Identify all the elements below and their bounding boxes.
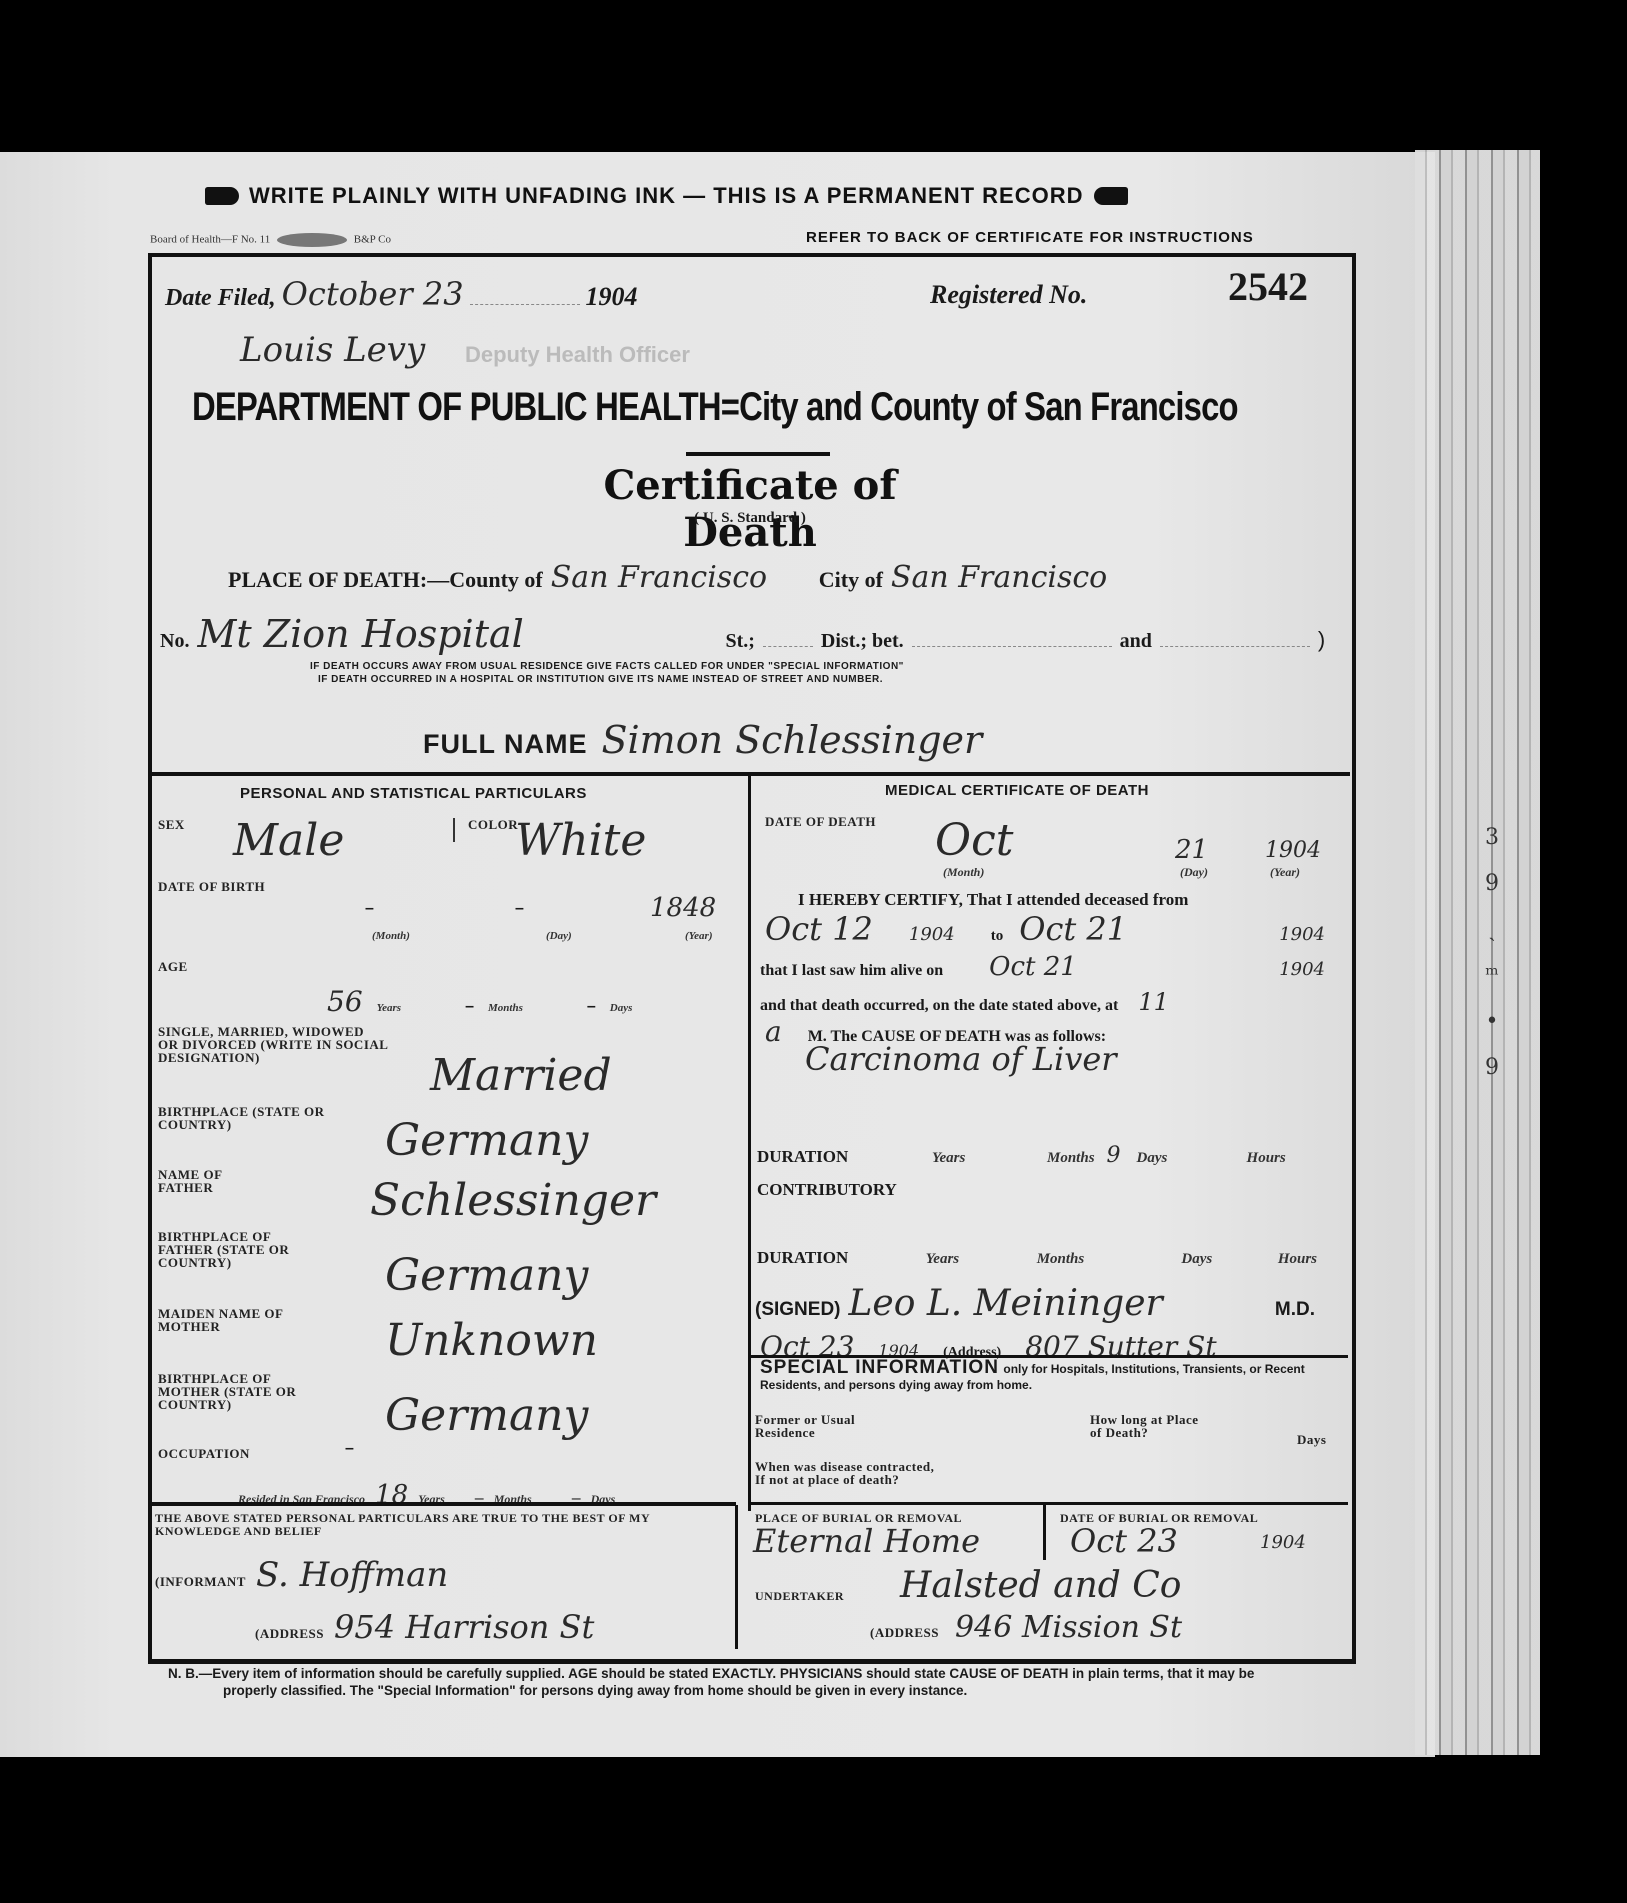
dob-year: 1848 (650, 893, 716, 923)
department-title: DEPARTMENT OF PUBLIC HEALTH=City and Cou… (192, 385, 1238, 430)
marital-value: Married (430, 1050, 612, 1101)
edge-mark: 3 (1482, 815, 1502, 861)
death-hour: 11 (1138, 988, 1169, 1016)
informant-address: 954 Harrison St (334, 1608, 594, 1646)
father-name-value: Schlessinger (370, 1175, 656, 1226)
age-label: AGE (158, 960, 188, 973)
physician-signature: Leo L. Meininger (849, 1283, 1163, 1324)
color-label: COLOR (468, 818, 518, 831)
father-name-label: NAME OF FATHER (158, 1168, 258, 1194)
undertaker-address: 946 Mission St (955, 1610, 1182, 1645)
death-month: Oct (935, 815, 1013, 866)
place-of-death-row: PLACE OF DEATH:—County of San Francisco … (228, 560, 1107, 595)
edge-mark: • (1482, 999, 1502, 1045)
edge-mark: ˎ (1482, 907, 1502, 953)
date-filed-year: 1904 (586, 282, 638, 312)
form-number: Board of Health—F No. 11 B&P Co (150, 233, 391, 247)
instructions-note: REFER TO BACK OF CERTIFICATE FOR INSTRUC… (806, 229, 1254, 246)
attended-from: Oct 12 (765, 910, 873, 948)
death-year: 1904 (1265, 838, 1321, 863)
dob-month: – (365, 900, 374, 918)
banner-text: WRITE PLAINLY WITH UNFADING INK — THIS I… (249, 183, 1084, 209)
color-value: White (515, 815, 646, 866)
last-saw-date: Oct 21 (989, 952, 1077, 982)
certify-text: I HEREBY CERTIFY, That I attended deceas… (798, 890, 1188, 910)
footer-note: N. B.—Every item of information should b… (168, 1665, 1303, 1699)
city-value: San Francisco (891, 560, 1107, 595)
registered-label: Registered No. (930, 280, 1087, 310)
burial-year: 1904 (1260, 1532, 1306, 1553)
meridiem: a (765, 1015, 782, 1048)
dob-day: – (515, 900, 524, 918)
age-row: 56 Years – Months – Days (327, 985, 632, 1018)
special-heading: SPECIAL INFORMATION only for Hospitals, … (760, 1360, 1340, 1393)
undertaker-label: UNDERTAKER (755, 1590, 844, 1603)
personal-heading: PERSONAL AND STATISTICAL PARTICULARS (240, 785, 587, 802)
column-divider (748, 776, 751, 1511)
duration2-row: DURATION Years Months Days Hours (757, 1248, 1317, 1268)
burial-place: Eternal Home (753, 1522, 980, 1560)
contracted-label: When was disease contracted, If not at p… (755, 1460, 935, 1486)
officer-title: Deputy Health Officer (465, 342, 690, 368)
burial-date: Oct 23 (1070, 1522, 1178, 1560)
contributory-label: CONTRIBUTORY (757, 1180, 897, 1200)
father-birthplace-value: Germany (385, 1250, 588, 1301)
informant-row: (Informant S. Hoffman (155, 1555, 448, 1595)
birthplace-label: BIRTHPLACE (State or Country) (158, 1105, 328, 1131)
column-divider-lower (735, 1505, 738, 1649)
physician-address: 807 Sutter St (1025, 1330, 1216, 1363)
hospital-name: Mt Zion Hospital (197, 612, 717, 656)
duration-months: 9 (1107, 1143, 1121, 1168)
former-residence-label: Former or Usual Residence (755, 1413, 865, 1439)
header-banner: WRITE PLAINLY WITH UNFADING INK — THIS I… (205, 183, 1305, 209)
occupation-label: OCCUPATION (158, 1447, 250, 1460)
title-divider (686, 452, 830, 456)
edge-mark: ᵐ (1482, 953, 1502, 999)
union-label-icon (277, 233, 347, 247)
father-birthplace-label: BIRTHPLACE OF FATHER (State or Country) (158, 1230, 328, 1269)
duration-row: DURATION Years Months 9 Days Hours (757, 1143, 1317, 1168)
address-row: No. Mt Zion Hospital St.; Dist.; bet. an… (160, 612, 1340, 656)
how-long-label: How long at Place of Death? (1090, 1413, 1200, 1439)
last-saw-row: that I last saw him alive on Oct 21 1904 (760, 952, 1325, 982)
attended-row: Oct 12 1904 to Oct 21 1904 (765, 910, 1325, 948)
pointing-hand-right-icon (205, 187, 239, 205)
standard-note: ( U. S. Standard ) (550, 510, 950, 527)
occupation-value: – (345, 1440, 354, 1458)
informant-address-row: (Address 954 Harrison St (255, 1608, 594, 1646)
edge-mark: 9 (1482, 861, 1502, 907)
birthplace-value: Germany (385, 1115, 588, 1166)
date-filed: Date Filed, October 23 1904 (165, 275, 638, 313)
marital-label: SINGLE, MARRIED, WIDOWED OR DIVORCED (Wr… (158, 1025, 388, 1064)
informant-statement: THE ABOVE STATED PERSONAL PARTICULARS AR… (155, 1512, 735, 1538)
signed-row: (SIGNED) Leo L. Meininger M.D. (755, 1283, 1315, 1324)
death-time-row: and that death occurred, on the date sta… (760, 988, 1169, 1016)
attended-to: Oct 21 (1019, 910, 1127, 948)
certificate-title: Certificate of Death (550, 462, 950, 556)
informant-name: S. Hoffman (256, 1555, 448, 1595)
place-note: IF DEATH OCCURS AWAY FROM USUAL RESIDENC… (310, 660, 904, 686)
mother-maiden-value: Unknown (385, 1315, 598, 1366)
age-years: 56 (327, 985, 363, 1018)
pointing-hand-left-icon (1094, 187, 1128, 205)
edge-mark: 9 (1482, 1045, 1502, 1091)
county-value: San Francisco (551, 560, 811, 595)
full-name-row: FULL NAME Simon Schlessinger (423, 718, 982, 762)
officer-signature: Louis Levy (240, 330, 425, 370)
registered-number: 2542 (1228, 263, 1308, 310)
stacked-page-edges (1415, 150, 1540, 1755)
dob-label: DATE OF BIRTH (158, 880, 265, 893)
mother-maiden-label: MAIDEN NAME OF MOTHER (158, 1307, 328, 1333)
full-name-value: Simon Schlessinger (602, 718, 983, 762)
cause-of-death: Carcinoma of Liver (805, 1040, 1117, 1078)
page-edge-marks: 3 9 ˎ ᵐ • 9 (1482, 815, 1502, 1091)
mother-birthplace-label: BIRTHPLACE OF MOTHER (State or Country) (158, 1372, 328, 1411)
undertaker-address-row: (Address 946 Mission St (870, 1610, 1182, 1645)
undertaker-value: Halsted and Co (900, 1565, 1181, 1606)
date-of-death-label: DATE OF DEATH (765, 815, 876, 828)
medical-heading: MEDICAL CERTIFICATE OF DEATH (885, 782, 1149, 799)
mother-birthplace-value: Germany (385, 1390, 588, 1441)
sex-label: SEX (158, 818, 185, 831)
date-filed-value: October 23 (282, 275, 464, 313)
death-day: 21 (1175, 835, 1208, 865)
sex-value: Male (233, 815, 344, 866)
